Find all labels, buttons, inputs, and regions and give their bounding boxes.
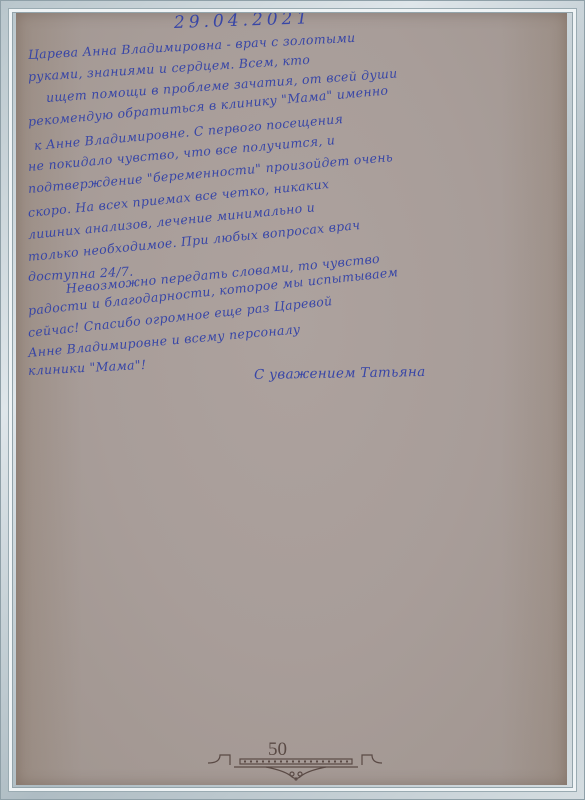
text-line: клиники "Мама"!	[28, 357, 147, 378]
closing-signature: С уважением Татьяна	[254, 364, 426, 383]
handwritten-page: 29.04.2021 Царева Анна Владимировна - вр…	[16, 13, 567, 785]
page-ornament-icon	[206, 753, 386, 783]
date: 29.04.2021	[174, 13, 312, 33]
